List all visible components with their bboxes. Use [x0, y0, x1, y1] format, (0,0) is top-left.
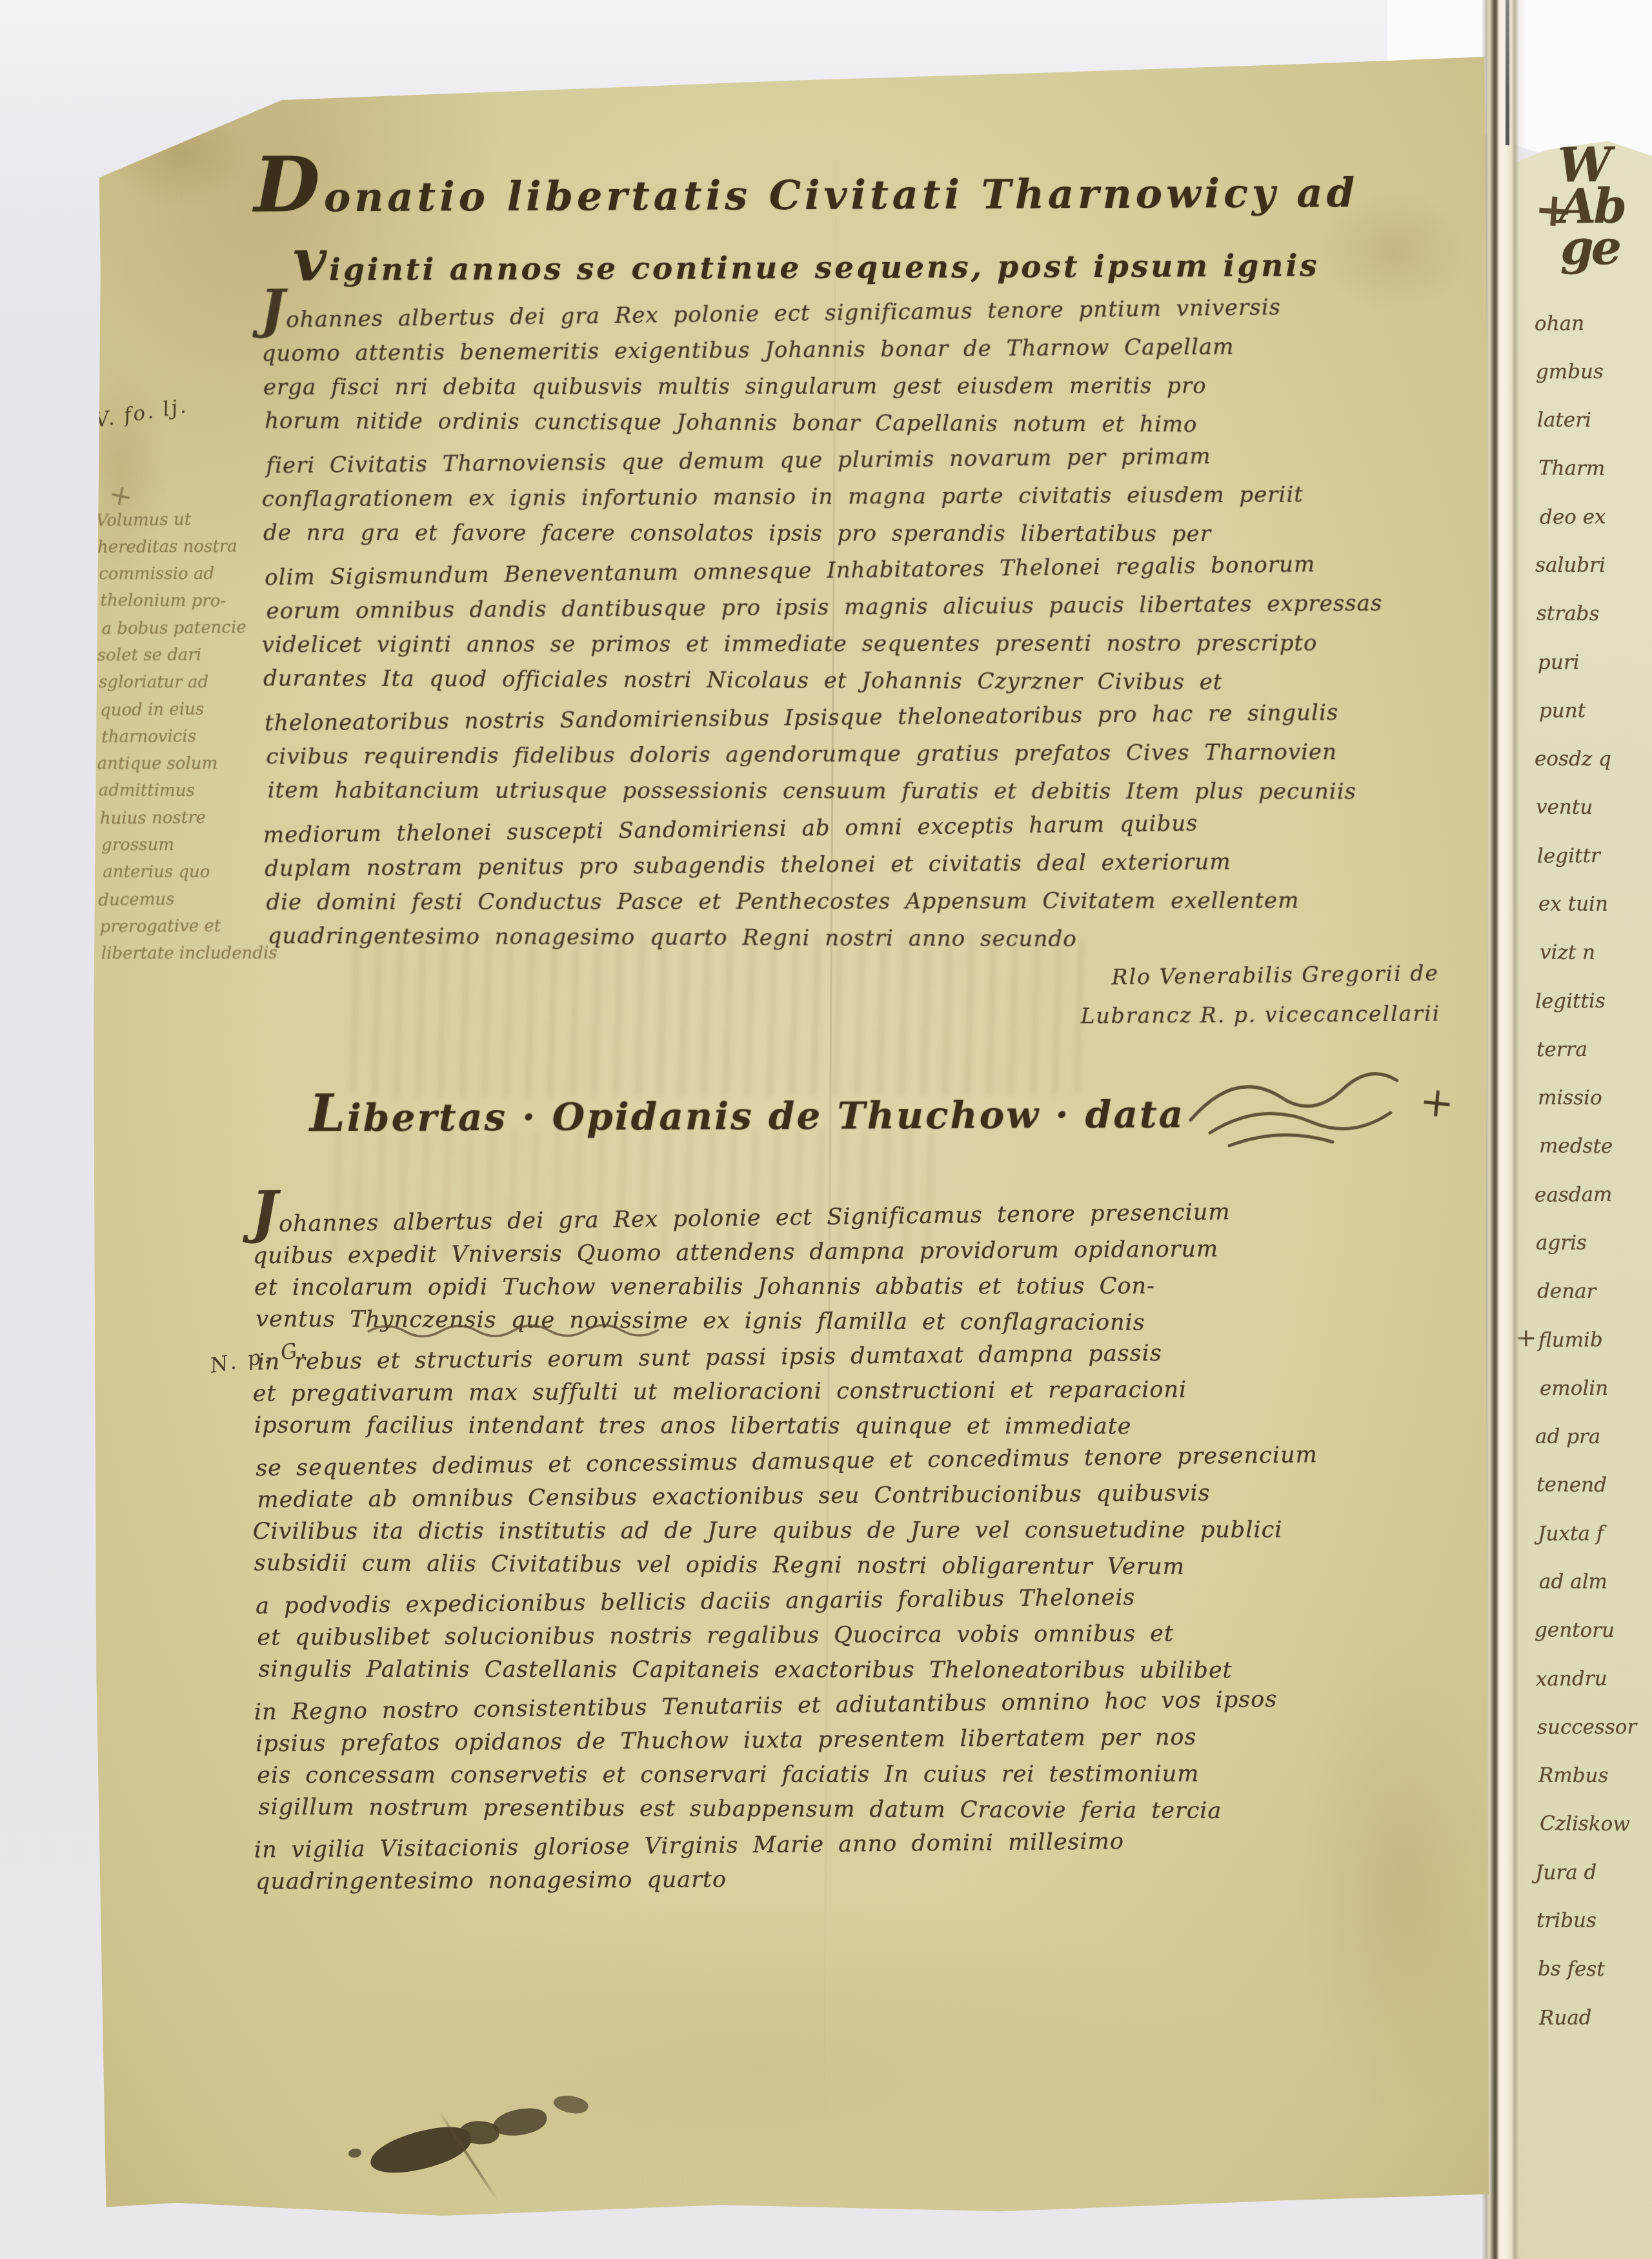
margin-note-line: sgloriatur ad: [99, 669, 273, 696]
chancery-relation-note: Rlo Venerabilis Gregorii deLubrancz R. p…: [835, 957, 1442, 1037]
text-fragment: gmbus: [1536, 348, 1652, 397]
text-line: conflagrationem ex ignis infortunio mans…: [262, 476, 1424, 518]
text-fragment: Rmbus: [1538, 1752, 1652, 1801]
text-line: erga fisci nri debita quibusvis multis s…: [263, 367, 1425, 406]
margin-siglum: V. fo. lj.: [93, 394, 189, 432]
relation-line: Lubrancz R. p. vicecancellarii: [834, 994, 1440, 1037]
margin-note-line: grossum: [101, 831, 276, 858]
text-line: die domini festi Conductus Pasce et Pent…: [266, 882, 1427, 921]
document1-heading: Donatio libertatis Civitati Tharnowicy a…: [254, 145, 1390, 299]
text-fragment: medste: [1539, 1122, 1652, 1171]
text-line: et pregativarum max suffulti ut meliorac…: [253, 1372, 1427, 1412]
text-fragment: terra: [1536, 1026, 1652, 1075]
text-fragment: salubri: [1535, 542, 1651, 590]
text-line: duplam nostram penitus pro subagendis th…: [265, 842, 1426, 887]
text-fragment: eosdz q: [1535, 735, 1651, 784]
text-line: eorum omnibus dandis dantibusque pro ips…: [266, 585, 1427, 630]
text-line: Civilibus ita dictis institutis ad de Ju…: [253, 1512, 1427, 1549]
text-fragment: puri: [1538, 638, 1652, 687]
text-fragment: emolin: [1540, 1364, 1652, 1413]
text-fragment: gentoru: [1535, 1606, 1651, 1655]
text-fragment: Tharm: [1538, 444, 1652, 494]
text-fragment: lateri: [1537, 396, 1652, 445]
margin-note-line: thelonium pro-: [100, 587, 274, 615]
relation-line: Rlo Venerabilis Gregorii de: [832, 954, 1440, 1000]
margin-note-line: anterius quo: [103, 858, 277, 886]
adjacent-page-initial-flourish: WAbge: [1560, 145, 1626, 268]
heading-cross-mark: +: [1417, 1077, 1456, 1128]
text-line: civibus requirendis fidelibus doloris ag…: [266, 734, 1427, 776]
margin-note-line: libertate includendis: [101, 940, 276, 967]
text-fragment: Czliskow: [1540, 1799, 1652, 1849]
text-line: quomo attentis benemeritis exigentibus J…: [262, 327, 1424, 372]
text-fragment: denar: [1537, 1267, 1652, 1316]
text-fragment: strabs: [1536, 589, 1652, 638]
ink-blot: [552, 2092, 590, 2116]
document1-body-text: Johannes albertus dei gra Rex polonie ec…: [263, 281, 1427, 960]
text-fragment: punt: [1539, 687, 1652, 736]
ink-speck: [348, 2149, 361, 2158]
text-fragment: tenend: [1536, 1461, 1652, 1510]
text-fragment: xandru: [1536, 1654, 1652, 1704]
text-line: quadringentesimo nonagesimo quarto: [256, 1859, 1430, 1899]
text-fragment: Ruad: [1539, 1993, 1652, 2043]
text-fragment: Juxta f: [1538, 1509, 1652, 1558]
scribal-correction-squiggle: [365, 1317, 669, 1342]
document2-heading: Libertas · Opidanis de Thuchow · data: [310, 1080, 1185, 1143]
margin-note-line: prerogative et: [99, 912, 274, 940]
heading-line: Donatio libertatis Civitati Tharnowicy a…: [254, 145, 1390, 234]
margin-note-line: huius nostre: [100, 804, 274, 833]
margin-note-line: Volumus ut: [96, 505, 271, 534]
corner-stain: [108, 98, 251, 208]
text-line: et quibuslibet solucionibus nostris rega…: [257, 1616, 1431, 1656]
text-fragment: vizt n: [1540, 928, 1652, 977]
ink-blot: [367, 2121, 476, 2180]
manuscript-page: Donatio libertatis Civitati Tharnowicy a…: [94, 57, 1489, 2216]
text-fragment: ventu: [1536, 783, 1652, 833]
text-fragment: agris: [1536, 1219, 1652, 1268]
document2-body-text: Johannes albertus dei gra Rex polonie ec…: [254, 1185, 1431, 1899]
margin-note-line: antique solum: [97, 750, 271, 777]
text-fragment: tribus: [1536, 1897, 1652, 1945]
text-fragment: legittr: [1537, 831, 1652, 880]
margin-note-line: a bobus patencie: [101, 614, 276, 643]
margin-annotation: Volumus uthereditas nostracommissio adth…: [99, 505, 275, 967]
text-line: quadringentesimo nonagesimo quarto Regni…: [268, 918, 1429, 959]
heading-flourish: [1184, 1061, 1404, 1159]
text-fragment: flumib: [1538, 1315, 1652, 1365]
margin-note-line: commissio ad: [99, 560, 273, 587]
text-fragment: deo ex: [1540, 492, 1652, 542]
ink-blot: [492, 2106, 549, 2138]
text-fragment: ohan: [1535, 299, 1651, 349]
book-binding-fold: [1482, 0, 1527, 2259]
photograph-of-open-manuscript-book: + WAbge + ohangmbuslateriTharmdeo exsalu…: [0, 0, 1652, 2259]
text-fragment: successor: [1537, 1703, 1652, 1752]
margin-note-line: quod in eius: [100, 694, 275, 724]
margin-note-line: tharnovicis: [101, 722, 276, 751]
text-fragment: Jura d: [1535, 1848, 1651, 1897]
text-fragment: easdam: [1535, 1170, 1651, 1219]
margin-note-line: solet se dari: [97, 642, 272, 669]
margin-note-line: hereditas nostra: [97, 532, 272, 561]
text-fragment: ad alm: [1539, 1558, 1652, 1606]
margin-note-line: ducemus: [98, 884, 273, 913]
bottom-stain: [277, 1894, 1247, 2234]
text-fragment: bs fest: [1538, 1945, 1652, 1994]
text-line: videlicet viginti annos se primos et imm…: [262, 625, 1424, 664]
margin-note-line: admittimus: [99, 777, 273, 805]
initial-letter: ge: [1560, 227, 1626, 268]
text-fragment: missio: [1538, 1074, 1652, 1123]
text-fragment: legittis: [1535, 977, 1652, 1026]
text-line: eis concessam conservetis et conservari …: [257, 1756, 1431, 1793]
text-fragment: ex tuin: [1538, 880, 1652, 929]
text-line: et incolarum opidi Tuchow venerabilis Jo…: [254, 1268, 1429, 1305]
page-content: Donatio libertatis Civitati Tharnowicy a…: [89, 54, 1494, 2218]
binding-edge-line: [1506, 0, 1509, 145]
adjacent-page-text-fragments: ohangmbuslateriTharmdeo exsalubristrabsp…: [1537, 299, 1652, 2042]
text-fragment: ad pra: [1535, 1413, 1651, 1462]
